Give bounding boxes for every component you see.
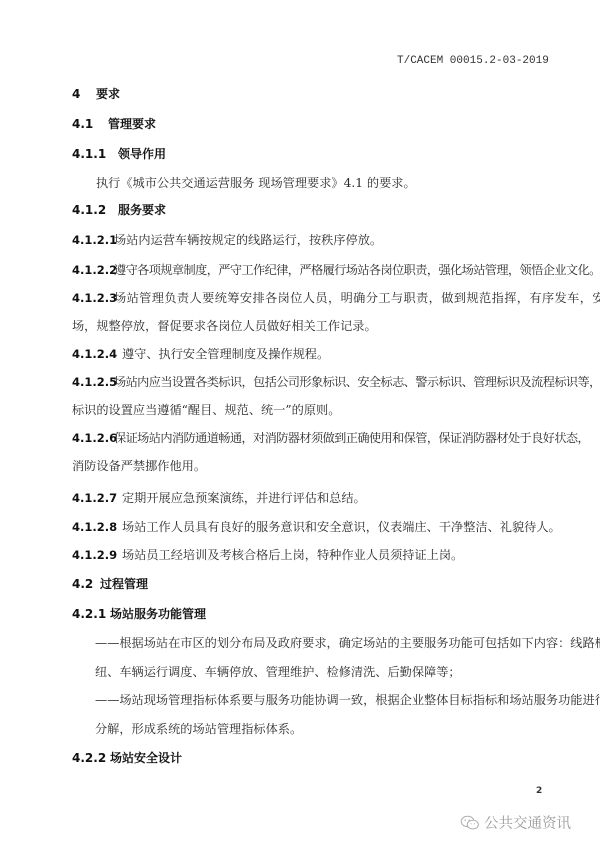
clause-text: 场站员工经培训及考核合格后上岗，特种作业人员须持证上岗。 [122,548,463,562]
list-item-dash-cont: 分解，形成系统的场站管理指标体系。 [95,721,302,737]
section-number: 4.1.1 [72,146,118,162]
list-item-dash: ——场站现场管理指标体系要与服务功能协调一致，根据企业整体目标指标和场站服务功能… [95,692,600,708]
clause-4-1-2-3-cont: 场，规整停放，督促要求各岗位人员做好相关工作记录。 [72,318,377,334]
clause-4-1-2-1: 4.1.2.1场站内运营车辆按规定的线路运行，按秩序停放。 [72,232,382,248]
section-title: 要求 [96,87,120,101]
section-title: 服务要求 [118,203,166,217]
section-number: 4.1 [72,116,108,132]
section-title: 场站安全设计 [110,751,182,765]
section-number: 4.1.2 [72,202,118,218]
clause-4-1-2-6: 4.1.2.6保证场站内消防通道畅通，对消防器材须做到正确使用和保管，保证消防器… [72,430,589,446]
clause-text: 场站内运营车辆按规定的线路运行，按秩序停放。 [114,233,382,247]
section-title: 场站服务功能管理 [110,607,206,621]
clause-4-1-2-2: 4.1.2.2遵守各项规章制度，严守工作纪律，严格履行场站各岗位职责，强化场站管… [72,262,600,278]
heading-4-1-2: 4.1.2服务要求 [72,202,166,218]
clause-text: 遵守、执行安全管理制度及操作规程。 [122,347,329,361]
clause-text: 场站工作人员具有良好的服务意识和安全意识，仪表端庄、干净整洁、礼貌待人。 [122,520,561,534]
paragraph-4-1-1: 执行《城市公共交通运营服务 现场管理要求》4.1 的要求。 [96,175,416,191]
wechat-icon [460,815,480,831]
clause-number: 4.1.2.6 [72,430,114,446]
clause-4-1-2-8: 4.1.2.8场站工作人员具有良好的服务意识和安全意识，仪表端庄、干净整洁、礼貌… [72,519,561,535]
page-number: 2 [536,786,542,796]
clause-number: 4.1.2.1 [72,232,114,248]
section-number: 4 [72,86,96,102]
clause-4-1-2-5: 4.1.2.5场站内应当设置各类标识，包括公司形象标识、安全标志、警示标识、管理… [72,374,600,390]
heading-4-1-1: 4.1.1领导作用 [72,146,166,162]
clause-number: 4.1.2.3 [72,290,114,306]
section-title: 领导作用 [118,147,166,161]
section-number: 4.2 [72,576,100,592]
section-number: 4.2.2 [72,750,110,766]
clause-number: 4.1.2.4 [72,346,122,362]
heading-4: 4要求 [72,86,120,102]
clause-number: 4.1.2.7 [72,490,122,506]
document-page: T/CACEM 00015.2-03-2019 4要求 4.1管理要求 4.1.… [0,0,600,848]
clause-4-1-2-9: 4.1.2.9场站员工经培训及考核合格后上岗，特种作业人员须持证上岗。 [72,547,463,563]
watermark-text: 公共交通资讯 [484,812,571,833]
clause-text: 场站管理负责人要统筹安排各岗位人员，明确分工与职责，做到规范指挥，有序发车，安全… [114,291,600,305]
clause-number: 4.1.2.2 [72,262,114,278]
section-title: 管理要求 [108,117,156,131]
watermark: 公共交通资讯 [460,812,571,833]
clause-4-1-2-6-cont: 消防设备严禁挪作他用。 [72,458,206,474]
clause-4-1-2-5-cont: 标识的设置应当遵循“醒目、规范、统一”的原则。 [72,402,340,418]
section-number: 4.2.1 [72,606,110,622]
clause-number: 4.1.2.8 [72,519,122,535]
heading-4-2-2: 4.2.2场站安全设计 [72,750,182,766]
document-code: T/CACEM 00015.2-03-2019 [397,55,549,67]
clause-number: 4.1.2.5 [72,374,114,390]
clause-text: 遵守各项规章制度，严守工作纪律，严格履行场站各岗位职责，强化场站管理，领悟企业文… [114,263,600,277]
clause-4-1-2-3: 4.1.2.3场站管理负责人要统筹安排各岗位人员，明确分工与职责，做到规范指挥，… [72,290,600,306]
list-item-dash: ——根据场站在市区的划分布局及政府要求，确定场站的主要服务功能可包括如下内容：线… [95,635,600,651]
section-title: 过程管理 [100,577,148,591]
heading-4-2: 4.2过程管理 [72,576,148,592]
clause-text: 场站内应当设置各类标识，包括公司形象标识、安全标志、警示标识、管理标识及流程标识… [114,375,600,389]
heading-4-2-1: 4.2.1场站服务功能管理 [72,606,206,622]
clause-4-1-2-4: 4.1.2.4遵守、执行安全管理制度及操作规程。 [72,346,329,362]
clause-text: 保证场站内消防通道畅通，对消防器材须做到正确使用和保管，保证消防器材处于良好状态… [114,431,589,445]
heading-4-1: 4.1管理要求 [72,116,156,132]
list-item-dash-cont: 纽、车辆运行调度、车辆停放、管理维护、检修清洗、后勤保障等； [95,664,461,680]
clause-4-1-2-7: 4.1.2.7定期开展应急预案演练，并进行评估和总结。 [72,490,366,506]
clause-number: 4.1.2.9 [72,547,122,563]
clause-text: 定期开展应急预案演练，并进行评估和总结。 [122,491,366,505]
